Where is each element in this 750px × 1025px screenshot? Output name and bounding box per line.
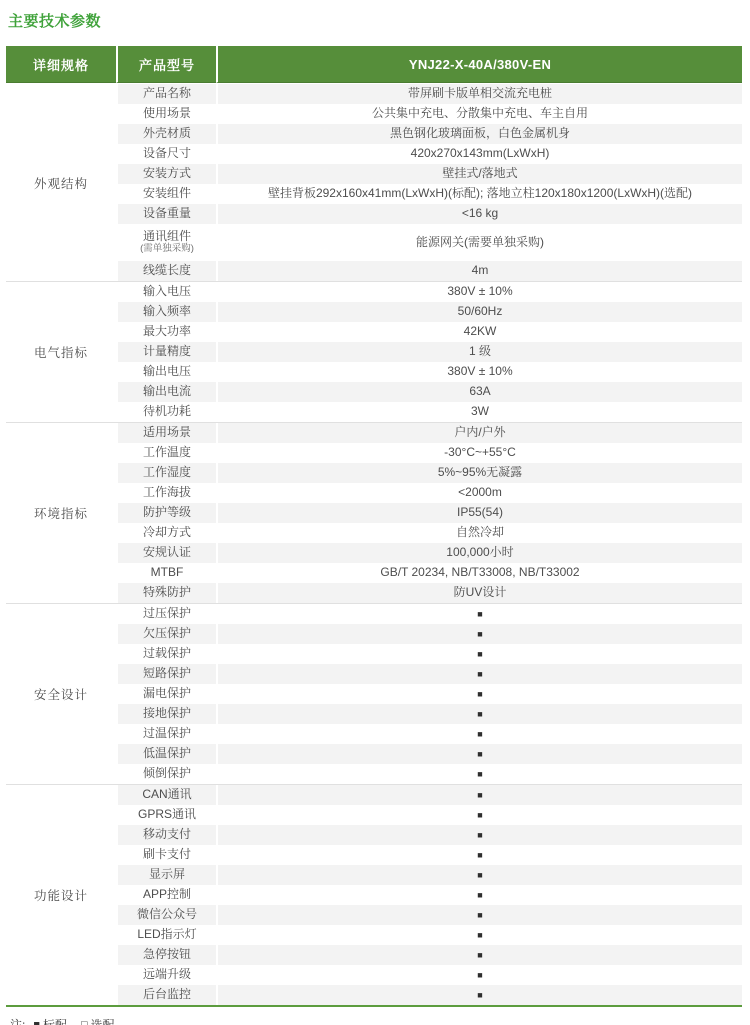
param-cell: 工作温度 (116, 443, 216, 463)
param-value: 公共集中充电、分散集中充电、车主自用 (216, 104, 742, 124)
page-title: 主要技术参数 (8, 10, 742, 31)
param-label: 过压保护 (143, 607, 191, 621)
param-value: 3W (216, 402, 742, 422)
param-cell: 防护等级 (116, 503, 216, 523)
table-row: 输入频率 50/60Hz (116, 302, 742, 322)
header-detail-spec: 详细规格 (6, 46, 116, 83)
param-cell: 待机功耗 (116, 402, 216, 422)
param-label: 倾倒保护 (143, 767, 191, 781)
table-row: 欠压保护 ■ (116, 624, 742, 644)
standard-config-mark: ■ (216, 965, 742, 985)
param-cell: GPRS通讯 (116, 805, 216, 825)
table-row: 倾倒保护 ■ (116, 764, 742, 784)
param-label: 计量精度 (143, 345, 191, 359)
param-label: 漏电保护 (143, 687, 191, 701)
group-label: 外观结构 (6, 84, 116, 281)
param-cell: 冷却方式 (116, 523, 216, 543)
param-label: 设备尺寸 (143, 147, 191, 161)
standard-config-mark: ■ (216, 845, 742, 865)
group-rows: CAN通讯 ■ GPRS通讯 ■ 移动支付 ■ 刷卡支付 ■ 显示屏 ■ APP… (116, 785, 742, 1005)
table-row: 输出电流 63A (116, 382, 742, 402)
table-row: 漏电保护 ■ (116, 684, 742, 704)
param-cell: 使用场景 (116, 104, 216, 124)
param-label: 后台监控 (143, 988, 191, 1002)
param-cell: 工作海拔 (116, 483, 216, 503)
table-row: GPRS通讯 ■ (116, 805, 742, 825)
param-cell: 移动支付 (116, 825, 216, 845)
standard-config-mark: ■ (216, 885, 742, 905)
param-label: 安规认证 (143, 546, 191, 560)
param-value: 63A (216, 382, 742, 402)
param-value: 户内/户外 (216, 423, 742, 443)
legend-note: 注: ■ 标配 □ 选配 (10, 1016, 742, 1025)
param-cell: 欠压保护 (116, 624, 216, 644)
table-row: 显示屏 ■ (116, 865, 742, 885)
param-cell: 通讯组件 (需单独采购) (116, 224, 216, 261)
param-value: 4m (216, 261, 742, 281)
param-label: 输出电流 (143, 385, 191, 399)
standard-config-mark: ■ (216, 624, 742, 644)
param-cell: 最大功率 (116, 322, 216, 342)
param-cell: 输入频率 (116, 302, 216, 322)
standard-config-mark: ■ (216, 905, 742, 925)
table-row: 输出电压 380V ± 10% (116, 362, 742, 382)
param-label: 安装组件 (143, 187, 191, 201)
table-row: 急停按钮 ■ (116, 945, 742, 965)
table-row: 微信公众号 ■ (116, 905, 742, 925)
table-row: 设备重量 <16 kg (116, 204, 742, 224)
param-label: 通讯组件 (143, 230, 191, 244)
param-value: 黑色钢化玻璃面板，白色金属机身 (216, 124, 742, 144)
param-value: 5%~95%无凝露 (216, 463, 742, 483)
table-row: 通讯组件 (需单独采购) 能源网关(需要单独采购) (116, 224, 742, 261)
param-label: 工作海拔 (143, 486, 191, 500)
param-label: 移动支付 (143, 828, 191, 842)
param-cell: 设备尺寸 (116, 144, 216, 164)
header-model-number: YNJ22-X-40A/380V-EN (216, 46, 742, 83)
table-row: 短路保护 ■ (116, 664, 742, 684)
param-label: 刷卡支付 (143, 848, 191, 862)
param-label: 最大功率 (143, 325, 191, 339)
param-label: 输出电压 (143, 365, 191, 379)
param-value: <2000m (216, 483, 742, 503)
table-row: 远端升级 ■ (116, 965, 742, 985)
group-rows: 适用场景 户内/户外 工作温度 -30°C~+55°C 工作湿度 5%~95%无… (116, 423, 742, 603)
param-cell: 安规认证 (116, 543, 216, 563)
param-cell: 工作湿度 (116, 463, 216, 483)
param-cell: 刷卡支付 (116, 845, 216, 865)
param-cell: APP控制 (116, 885, 216, 905)
table-row: 安装方式 壁挂式/落地式 (116, 164, 742, 184)
param-value: 50/60Hz (216, 302, 742, 322)
param-label: CAN通讯 (142, 788, 191, 802)
spec-group: 安全设计 过压保护 ■ 欠压保护 ■ 过载保护 ■ 短路保护 ■ 漏电保护 ■ … (6, 603, 742, 784)
param-value: 1 级 (216, 342, 742, 362)
param-cell: 低温保护 (116, 744, 216, 764)
standard-config-mark: ■ (216, 664, 742, 684)
standard-config-mark: ■ (216, 925, 742, 945)
param-label: 过温保护 (143, 727, 191, 741)
param-value: 壁挂式/落地式 (216, 164, 742, 184)
standard-config-mark: ■ (216, 764, 742, 784)
param-cell: 适用场景 (116, 423, 216, 443)
table-row: 工作海拔 <2000m (116, 483, 742, 503)
table-row: CAN通讯 ■ (116, 785, 742, 805)
param-cell: 接地保护 (116, 704, 216, 724)
param-cell: 后台监控 (116, 985, 216, 1005)
table-row: 安装组件 壁挂背板292x160x41mm(LxWxH)(标配); 落地立柱12… (116, 184, 742, 204)
table-row: LED指示灯 ■ (116, 925, 742, 945)
param-cell: 漏电保护 (116, 684, 216, 704)
table-row: 计量精度 1 级 (116, 342, 742, 362)
param-cell: 输出电压 (116, 362, 216, 382)
table-row: 线缆长度 4m (116, 261, 742, 281)
table-row: 后台监控 ■ (116, 985, 742, 1005)
table-row: 安规认证 100,000小时 (116, 543, 742, 563)
standard-config-mark: ■ (216, 825, 742, 845)
param-label: 过载保护 (143, 647, 191, 661)
param-label: 待机功耗 (143, 405, 191, 419)
standard-config-mark: ■ (216, 644, 742, 664)
table-row: 输入电压 380V ± 10% (116, 282, 742, 302)
param-cell: 显示屏 (116, 865, 216, 885)
param-cell: 输出电流 (116, 382, 216, 402)
table-row: 过载保护 ■ (116, 644, 742, 664)
spec-group: 电气指标 输入电压 380V ± 10% 输入频率 50/60Hz 最大功率 4… (6, 281, 742, 422)
param-label: 短路保护 (143, 667, 191, 681)
param-cell: 安装方式 (116, 164, 216, 184)
table-row: 刷卡支付 ■ (116, 845, 742, 865)
standard-config-mark: ■ (216, 945, 742, 965)
param-value: 壁挂背板292x160x41mm(LxWxH)(标配); 落地立柱120x180… (216, 184, 742, 204)
param-label: 防护等级 (143, 506, 191, 520)
param-label: 远端升级 (143, 968, 191, 982)
group-label: 电气指标 (6, 282, 116, 422)
param-label: 特殊防护 (143, 586, 191, 600)
param-label: 输入频率 (143, 305, 191, 319)
standard-config-mark: ■ (216, 704, 742, 724)
group-rows: 产品名称 带屏刷卡版单相交流充电桩 使用场景 公共集中充电、分散集中充电、车主自… (116, 84, 742, 281)
param-label: 安装方式 (143, 167, 191, 181)
group-rows: 过压保护 ■ 欠压保护 ■ 过载保护 ■ 短路保护 ■ 漏电保护 ■ 接地保护 … (116, 604, 742, 784)
param-value: <16 kg (216, 204, 742, 224)
param-label: 外壳材质 (143, 127, 191, 141)
param-label: 急停按钮 (143, 948, 191, 962)
group-label: 功能设计 (6, 785, 116, 1005)
param-cell: 倾倒保护 (116, 764, 216, 784)
standard-config-mark: ■ (216, 744, 742, 764)
table-row: 过温保护 ■ (116, 724, 742, 744)
standard-config-mark: ■ (216, 985, 742, 1005)
table-row: 适用场景 户内/户外 (116, 423, 742, 443)
param-value: 带屏刷卡版单相交流充电桩 (216, 84, 742, 104)
standard-config-mark: ■ (216, 724, 742, 744)
param-label: 微信公众号 (137, 908, 197, 922)
group-rows: 输入电压 380V ± 10% 输入频率 50/60Hz 最大功率 42KW 计… (116, 282, 742, 422)
spec-group: 外观结构 产品名称 带屏刷卡版单相交流充电桩 使用场景 公共集中充电、分散集中充… (6, 83, 742, 281)
note-prefix: 注: (10, 1016, 25, 1025)
standard-config-mark: ■ (216, 805, 742, 825)
param-cell: 安装组件 (116, 184, 216, 204)
table-row: 使用场景 公共集中充电、分散集中充电、车主自用 (116, 104, 742, 124)
param-label: 输入电压 (143, 285, 191, 299)
param-label: MTBF (151, 566, 184, 580)
table-row: 设备尺寸 420x270x143mm(LxWxH) (116, 144, 742, 164)
param-value: 防UV设计 (216, 583, 742, 603)
param-cell: 过压保护 (116, 604, 216, 624)
spec-group: 功能设计 CAN通讯 ■ GPRS通讯 ■ 移动支付 ■ 刷卡支付 ■ 显示屏 … (6, 784, 742, 1005)
standard-config-mark: ■ (216, 785, 742, 805)
table-row: 外壳材质 黑色钢化玻璃面板，白色金属机身 (116, 124, 742, 144)
param-cell: 急停按钮 (116, 945, 216, 965)
param-cell: 线缆长度 (116, 261, 216, 281)
table-row: APP控制 ■ (116, 885, 742, 905)
param-label: 工作温度 (143, 446, 191, 460)
page: 主要技术参数 详细规格 产品型号 YNJ22-X-40A/380V-EN 外观结… (0, 0, 750, 1025)
param-label: LED指示灯 (137, 928, 196, 942)
param-label: 适用场景 (143, 426, 191, 440)
optional-config-label: 选配 (91, 1016, 115, 1025)
param-cell: 短路保护 (116, 664, 216, 684)
param-value: 100,000小时 (216, 543, 742, 563)
param-value: -30°C~+55°C (216, 443, 742, 463)
param-cell: CAN通讯 (116, 785, 216, 805)
param-sublabel: (需单独采购) (140, 244, 194, 255)
table-row: 最大功率 42KW (116, 322, 742, 342)
table-row: 过压保护 ■ (116, 604, 742, 624)
param-cell: MTBF (116, 563, 216, 583)
param-cell: LED指示灯 (116, 925, 216, 945)
param-label: 线缆长度 (143, 264, 191, 278)
param-cell: 微信公众号 (116, 905, 216, 925)
param-value: 380V ± 10% (216, 362, 742, 382)
standard-config-mark: ■ (216, 684, 742, 704)
param-label: 产品名称 (143, 87, 191, 101)
param-label: 接地保护 (143, 707, 191, 721)
table-row: 移动支付 ■ (116, 825, 742, 845)
standard-config-mark: ■ (216, 604, 742, 624)
param-cell: 外壳材质 (116, 124, 216, 144)
table-row: MTBF GB/T 20234, NB/T33008, NB/T33002 (116, 563, 742, 583)
table-row: 接地保护 ■ (116, 704, 742, 724)
standard-config-mark: ■ (216, 865, 742, 885)
param-value: IP55(54) (216, 503, 742, 523)
param-label: 欠压保护 (143, 627, 191, 641)
table-row: 特殊防护 防UV设计 (116, 583, 742, 603)
param-value: GB/T 20234, NB/T33008, NB/T33002 (216, 563, 742, 583)
param-cell: 过温保护 (116, 724, 216, 744)
param-value: 能源网关(需要单独采购) (216, 224, 742, 261)
param-label: 设备重量 (143, 207, 191, 221)
spec-table: 详细规格 产品型号 YNJ22-X-40A/380V-EN 外观结构 产品名称 … (6, 46, 742, 1007)
param-label: APP控制 (143, 888, 191, 902)
standard-config-label: 标配 (43, 1016, 67, 1025)
filled-square-icon: ■ (33, 1019, 40, 1025)
param-value: 42KW (216, 322, 742, 342)
spec-group: 环境指标 适用场景 户内/户外 工作温度 -30°C~+55°C 工作湿度 5%… (6, 422, 742, 603)
table-row: 工作湿度 5%~95%无凝露 (116, 463, 742, 483)
param-label: 使用场景 (143, 107, 191, 121)
table-row: 产品名称 带屏刷卡版单相交流充电桩 (116, 84, 742, 104)
param-label: 工作湿度 (143, 466, 191, 480)
table-row: 工作温度 -30°C~+55°C (116, 443, 742, 463)
table-row: 防护等级 IP55(54) (116, 503, 742, 523)
param-label: 冷却方式 (143, 526, 191, 540)
table-row: 低温保护 ■ (116, 744, 742, 764)
group-label: 安全设计 (6, 604, 116, 784)
param-cell: 过载保护 (116, 644, 216, 664)
spec-table-header: 详细规格 产品型号 YNJ22-X-40A/380V-EN (6, 46, 742, 83)
param-label: 低温保护 (143, 747, 191, 761)
param-cell: 设备重量 (116, 204, 216, 224)
empty-square-icon: □ (81, 1019, 88, 1025)
table-row: 待机功耗 3W (116, 402, 742, 422)
group-label: 环境指标 (6, 423, 116, 603)
param-cell: 输入电压 (116, 282, 216, 302)
param-cell: 远端升级 (116, 965, 216, 985)
table-row: 冷却方式 自然冷却 (116, 523, 742, 543)
param-value: 420x270x143mm(LxWxH) (216, 144, 742, 164)
spec-table-body: 外观结构 产品名称 带屏刷卡版单相交流充电桩 使用场景 公共集中充电、分散集中充… (6, 83, 742, 1007)
param-label: 显示屏 (149, 868, 185, 882)
param-cell: 特殊防护 (116, 583, 216, 603)
param-cell: 计量精度 (116, 342, 216, 362)
param-cell: 产品名称 (116, 84, 216, 104)
param-value: 自然冷却 (216, 523, 742, 543)
header-product-model: 产品型号 (116, 46, 216, 83)
param-value: 380V ± 10% (216, 282, 742, 302)
param-label: GPRS通讯 (138, 808, 196, 822)
